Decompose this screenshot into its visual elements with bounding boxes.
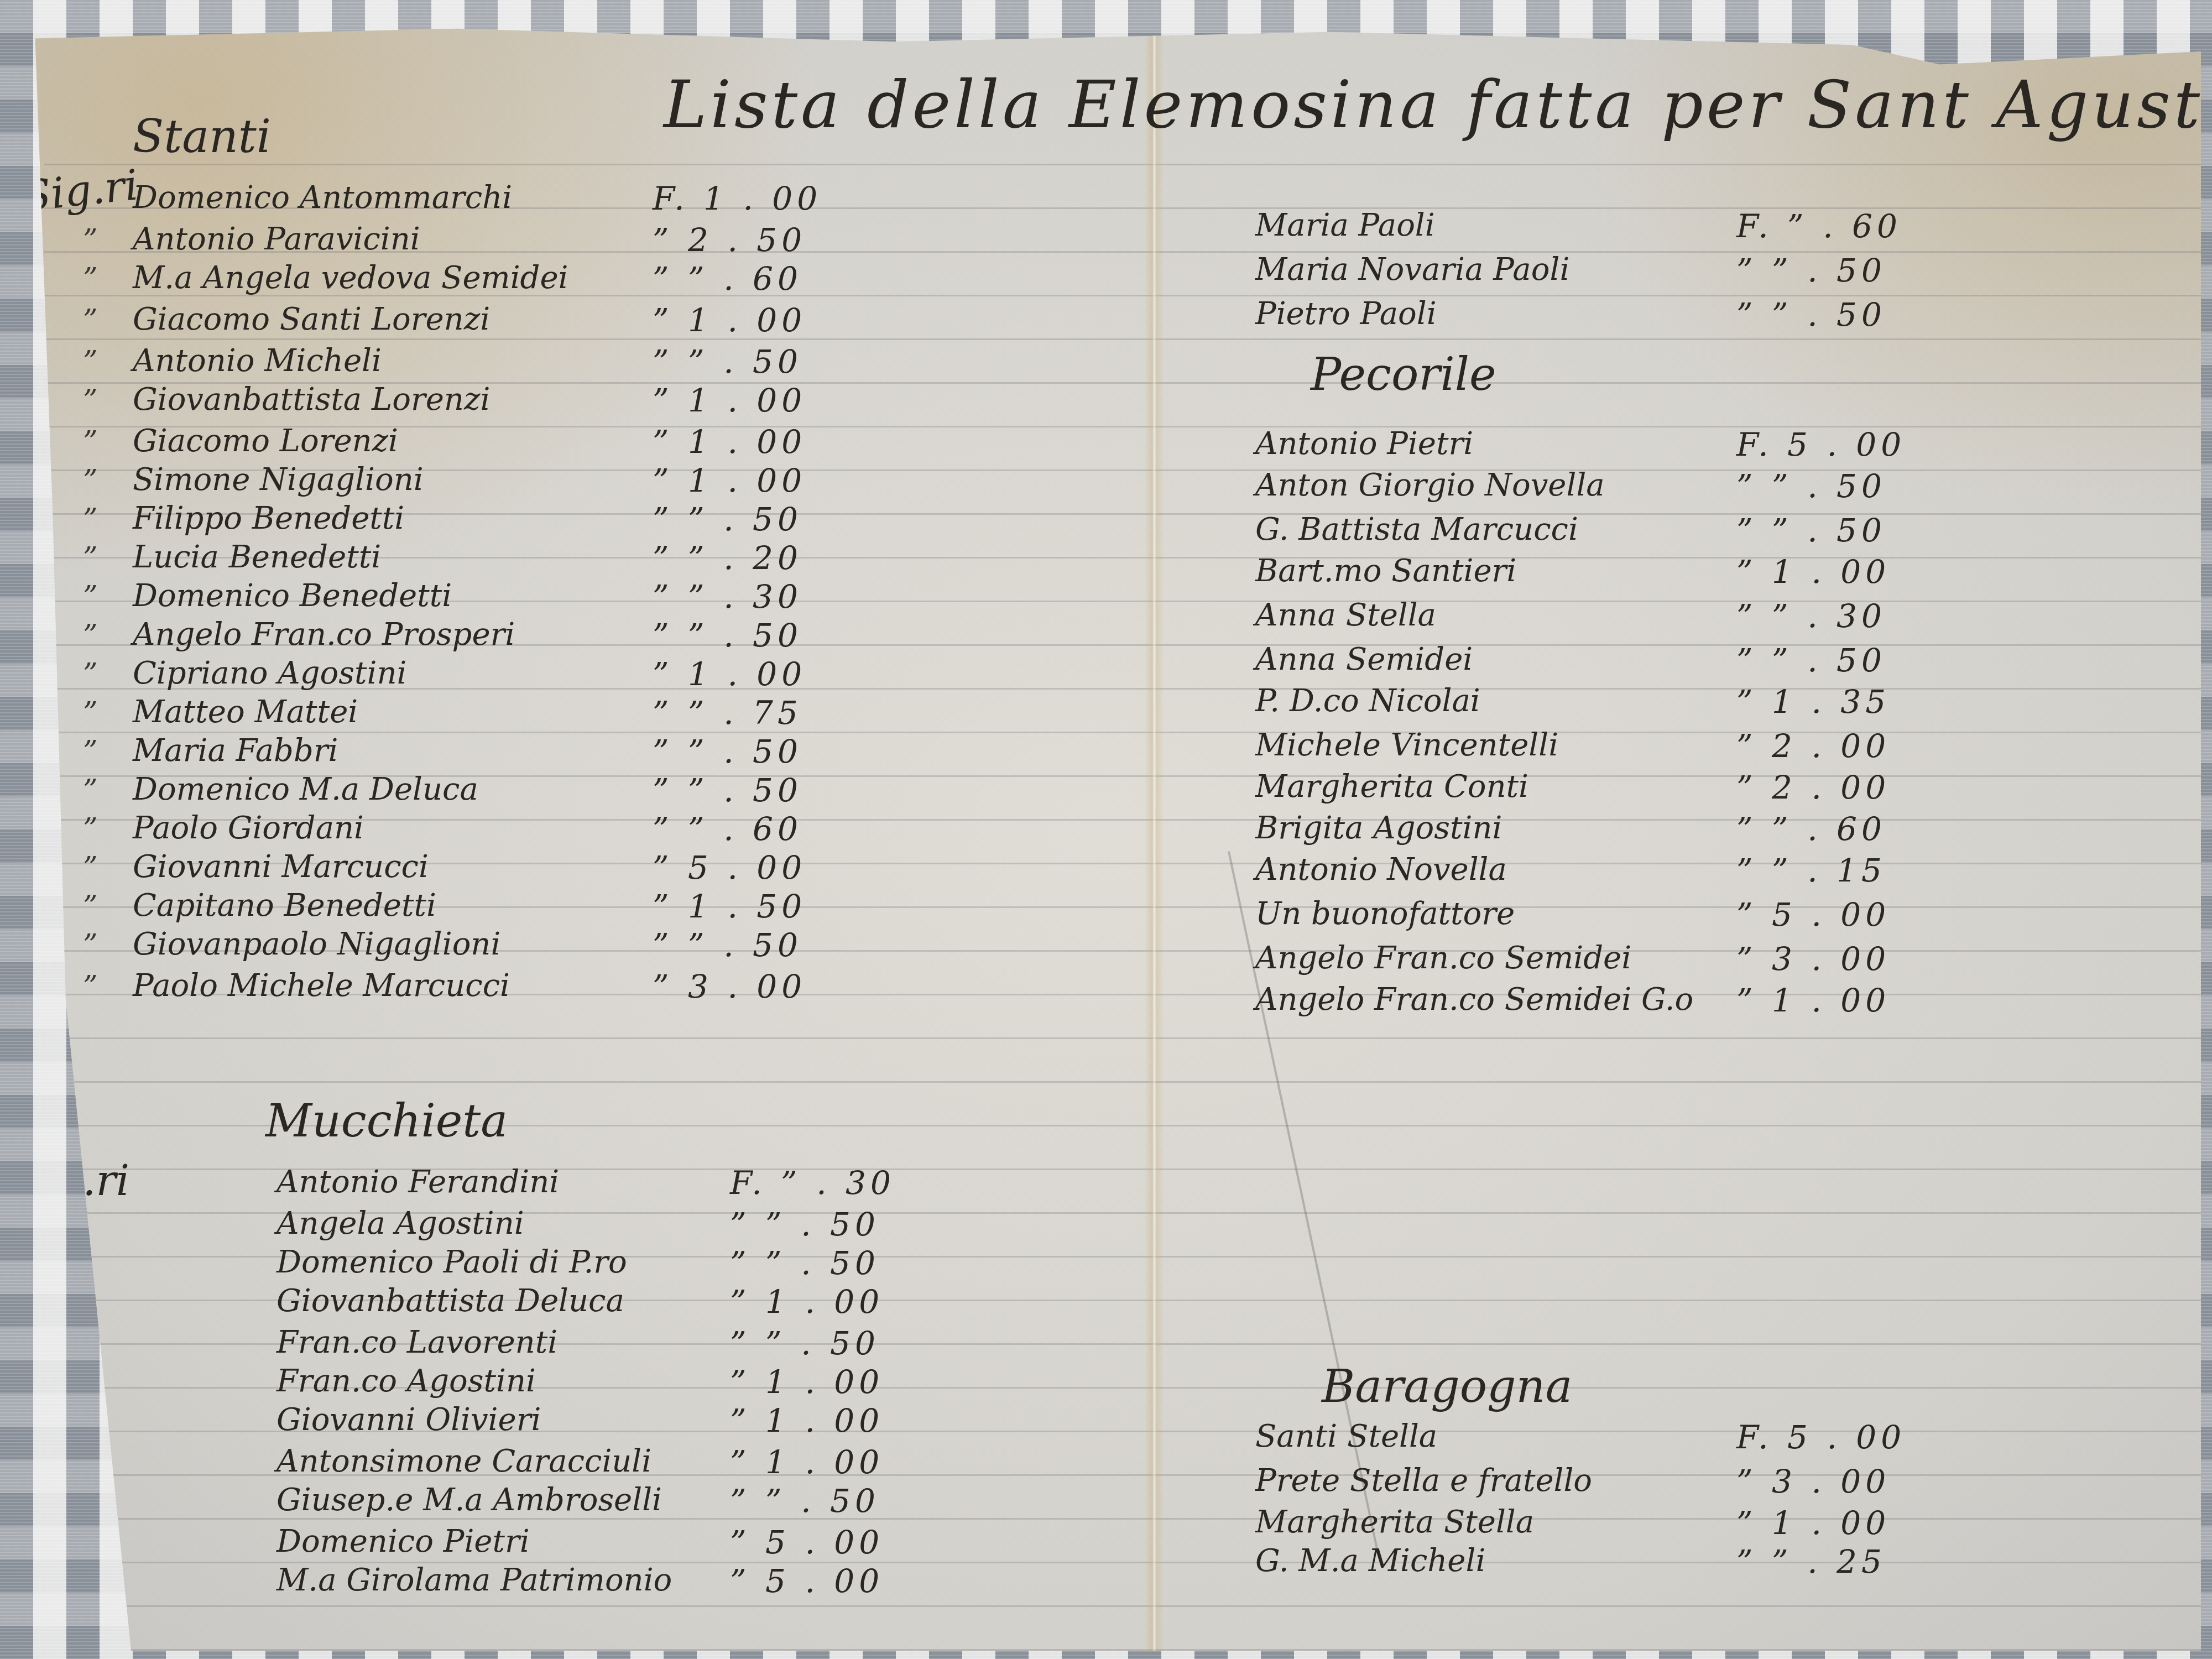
donation-amount: ” ” . 50	[730, 1482, 880, 1520]
donation-amount: ” 2 . 50	[653, 221, 806, 259]
donation-amount: ” 1 . 00	[1736, 982, 1890, 1019]
donation-amount: F. 5 . 00	[1736, 426, 1906, 463]
donor-name: Cipriano Agostini	[133, 655, 653, 691]
ditto-mark: ”	[83, 928, 133, 962]
ditto-mark: ”	[83, 345, 133, 378]
ledger-entry: Margherita Conti” 2 . 00	[1255, 769, 1709, 805]
ledger-entry: ”Maria Fabbri” ” . 50	[83, 733, 653, 769]
donation-amount: ” 1 . 00	[730, 1363, 884, 1401]
ledger-entry: Maria PaoliF. ” . 60	[1255, 207, 1709, 243]
donation-amount: F. ” . 30	[730, 1164, 895, 1202]
ledger-entry: Antonio PietriF. 5 . 00	[1255, 426, 1709, 462]
ditto-mark: ”	[83, 541, 133, 575]
donor-name: Paolo Michele Marcucci	[133, 968, 653, 1004]
donation-amount: ” 1 . 50	[653, 888, 806, 925]
section-heading-pecorile: Pecorile	[1311, 348, 1496, 401]
donor-name: Filippo Benedetti	[133, 500, 653, 536]
donor-name: Anna Semidei	[1255, 641, 1709, 677]
donor-name: Giacomo Santi Lorenzi	[133, 301, 653, 337]
ledger-entry: Giusep.e M.a Ambroselli” ” . 50	[83, 1482, 830, 1518]
ditto-mark: ”	[83, 503, 133, 536]
donor-name: Anton Giorgio Novella	[1255, 467, 1709, 503]
ledger-entry: ”Lucia Benedetti” ” . 20	[83, 539, 653, 575]
donation-amount: ” 2 . 00	[1736, 727, 1890, 765]
ditto-mark: ”	[83, 304, 133, 337]
ledger-entry: Antonsimone Caracciuli” 1 . 00	[83, 1443, 830, 1479]
ditto-mark: ”	[83, 658, 133, 691]
donation-amount: ” ” . 60	[653, 810, 802, 848]
ledger-entry: Brigita Agostini” ” . 60	[1255, 810, 1709, 846]
ditto-mark: ”	[83, 262, 133, 295]
ledger-entry: ”Domenico Benedetti” ” . 30	[83, 578, 653, 614]
ledger-sheet: Lista della Elemosina fatta per Sant Agu…	[22, 22, 2201, 1651]
ledger-entry: Margherita Stella” 1 . 00	[1255, 1504, 1709, 1540]
donor-name: Bart.mo Santieri	[1255, 553, 1709, 589]
ledger-entry: Pietro Paoli” ” . 50	[1255, 296, 1709, 332]
ledger-entry: P. D.co Nicolai” 1 . 35	[1255, 683, 1709, 719]
ledger-entry: Antonio FerandiniF. ” . 30	[83, 1164, 830, 1200]
donation-amount: ” 2 . 00	[1736, 769, 1890, 806]
donation-amount: ” 1 . 00	[653, 423, 806, 461]
donation-amount: ” 1 . 00	[1736, 1504, 1890, 1542]
donor-name: Prete Stella e fratello	[1255, 1463, 1709, 1499]
donation-amount: ” ” . 60	[653, 260, 802, 298]
donor-name: Michele Vincentelli	[1255, 727, 1709, 763]
ledger-entry: ”Capitano Benedetti” 1 . 50	[83, 888, 653, 924]
ledger-entry: Anna Stella” ” . 30	[1255, 597, 1709, 633]
donor-name: Domenico Benedetti	[133, 578, 653, 614]
ledger-entry: ”Paolo Michele Marcucci” 3 . 00	[83, 968, 653, 1004]
donation-amount: ” ” . 50	[730, 1324, 880, 1362]
donation-amount: ” 5 . 00	[1736, 896, 1890, 933]
donor-name: G. Battista Marcucci	[1255, 512, 1709, 547]
donor-name: Giovanni Olivieri	[83, 1402, 830, 1438]
donor-name: Angelo Fran.co Semidei	[1255, 940, 1709, 976]
ledger-entry: ”Antonio Micheli” ” . 50	[83, 343, 653, 379]
ditto-mark: ”	[83, 735, 133, 768]
donor-name: Domenico Paoli di P.ro	[83, 1244, 830, 1280]
donor-name: Domenico Antommarchi	[133, 180, 653, 216]
donation-amount: ” ” . 15	[1736, 852, 1886, 889]
ledger-entry: G. Battista Marcucci” ” . 50	[1255, 512, 1709, 547]
ditto-mark: ”	[83, 464, 133, 497]
ledger-entry: ”Simone Nigaglioni” 1 . 00	[83, 462, 653, 498]
donation-amount: ” ” . 60	[1736, 810, 1886, 848]
donation-amount: ” 1 . 35	[1736, 683, 1890, 721]
donation-amount: ” ” . 50	[653, 500, 802, 538]
ditto-mark: ”	[83, 970, 133, 1003]
section-heading-stanti: Stanti	[133, 111, 271, 163]
donation-amount: ” 3 . 00	[1736, 1463, 1890, 1500]
donor-name: Maria Novaria Paoli	[1255, 252, 1709, 288]
ledger-entry: ”Giacomo Santi Lorenzi” 1 . 00	[83, 301, 653, 337]
ledger-entry: Fran.co Agostini” 1 . 00	[83, 1363, 830, 1399]
donor-name: Giovanbattista Deluca	[83, 1283, 830, 1319]
donor-name: Giusep.e M.a Ambroselli	[83, 1482, 830, 1518]
donation-amount: ” 1 . 00	[653, 462, 806, 499]
ditto-mark: ”	[83, 384, 133, 417]
donor-name: Angelo Fran.co Prosperi	[133, 617, 653, 653]
ledger-entry: Michele Vincentelli” 2 . 00	[1255, 727, 1709, 763]
ledger-entry: Giovanni Olivieri” 1 . 00	[83, 1402, 830, 1438]
donor-name: Fran.co Agostini	[83, 1363, 830, 1399]
ledger-entry: ”Giacomo Lorenzi” 1 . 00	[83, 423, 653, 459]
donation-amount: ” 1 . 00	[1736, 553, 1890, 591]
ditto-mark: ”	[83, 890, 133, 923]
donor-name: Giovanni Marcucci	[133, 849, 653, 885]
donor-name: Un buonofattore	[1255, 896, 1709, 932]
donor-name: Lucia Benedetti	[133, 539, 653, 575]
donation-amount: ” 1 . 00	[730, 1283, 884, 1321]
donation-amount: ” ” . 50	[653, 771, 802, 809]
donation-amount: ” ” . 75	[653, 694, 802, 732]
ledger-entry: Maria Novaria Paoli” ” . 50	[1255, 252, 1709, 288]
donation-amount: F. 1 . 00	[653, 180, 822, 217]
ditto-mark: ”	[83, 696, 133, 729]
donor-name: Paolo Giordani	[133, 810, 653, 846]
ledger-entry: Domenico Pietri” 5 . 00	[83, 1524, 830, 1559]
donor-name: Anna Stella	[1255, 597, 1709, 633]
donation-amount: F. 5 . 00	[1736, 1418, 1906, 1456]
donor-name: Matteo Mattei	[133, 694, 653, 730]
ledger-entry: ”Cipriano Agostini” 1 . 00	[83, 655, 653, 691]
donor-name: Margherita Stella	[1255, 1504, 1709, 1540]
donor-name: Brigita Agostini	[1255, 810, 1709, 846]
ledger-entry: G. M.a Micheli” ” . 25	[1255, 1543, 1709, 1579]
donor-name: Angelo Fran.co Semidei G.o	[1255, 982, 1709, 1018]
donor-name: Maria Fabbri	[133, 733, 653, 769]
donor-name: Margherita Conti	[1255, 769, 1709, 805]
donation-amount: ” ” . 50	[653, 926, 802, 964]
donation-amount: ” 3 . 00	[1736, 940, 1890, 978]
ledger-entry: ”Paolo Giordani” ” . 60	[83, 810, 653, 846]
ledger-entry: Angelo Fran.co Semidei” 3 . 00	[1255, 940, 1709, 976]
donor-name: Pietro Paoli	[1255, 296, 1709, 332]
donation-amount: ” ” . 50	[730, 1244, 880, 1282]
document-title: Lista della Elemosina fatta per Sant Agu…	[664, 66, 2212, 143]
ledger-entry: ”Giovanpaolo Nigaglioni” ” . 50	[83, 926, 653, 962]
donor-name: Antonio Novella	[1255, 852, 1709, 888]
donation-amount: ” 1 . 00	[730, 1402, 884, 1439]
donation-amount: ” ” . 50	[653, 343, 802, 380]
donor-name: P. D.co Nicolai	[1255, 683, 1709, 719]
ledger-entry: ”Giovanni Marcucci” 5 . 00	[83, 849, 653, 885]
donor-name: Giovanpaolo Nigaglioni	[133, 926, 653, 962]
section-heading-baragogna: Baragogna	[1322, 1360, 1572, 1413]
donation-amount: ” 3 . 00	[653, 968, 806, 1005]
donation-amount: ” 5 . 00	[730, 1524, 884, 1561]
ledger-entry: ”Giovanbattista Lorenzi” 1 . 00	[83, 382, 653, 418]
donation-amount: ” ” . 25	[1736, 1543, 1886, 1580]
ledger-entry: Angela Agostini” ” . 50	[83, 1206, 830, 1241]
donation-amount: ” 5 . 00	[653, 849, 806, 886]
ledger-entry: Bart.mo Santieri” 1 . 00	[1255, 553, 1709, 589]
donor-name: M.a Girolama Patrimonio	[83, 1562, 830, 1598]
donation-amount: ” ” . 50	[1736, 252, 1886, 289]
donor-name: Antonio Paravicini	[133, 221, 653, 257]
donation-amount: ” 1 . 00	[653, 301, 806, 339]
donation-amount: ” 1 . 00	[653, 382, 806, 419]
ledger-entry: Prete Stella e fratello” 3 . 00	[1255, 1463, 1709, 1499]
ledger-entry: Angelo Fran.co Semidei G.o” 1 . 00	[1255, 982, 1709, 1018]
ledger-entry: ”Matteo Mattei” ” . 75	[83, 694, 653, 730]
donor-name: Simone Nigaglioni	[133, 462, 653, 498]
donation-amount: ” ” . 50	[1736, 467, 1886, 505]
section-heading-mucchieta: Mucchieta	[265, 1095, 508, 1147]
donor-name: Domenico M.a Deluca	[133, 771, 653, 807]
ledger-entry: ”Antonio Paravicini” 2 . 50	[83, 221, 653, 257]
ledger-entry: Anna Semidei” ” . 50	[1255, 641, 1709, 677]
ditto-mark: ”	[83, 851, 133, 884]
ledger-entry: ”Filippo Benedetti” ” . 50	[83, 500, 653, 536]
ledger-entry: Antonio Novella” ” . 15	[1255, 852, 1709, 888]
ledger-entry: Giovanbattista Deluca” 1 . 00	[83, 1283, 830, 1319]
ditto-mark: ”	[83, 812, 133, 846]
donation-amount: ” ” . 30	[653, 578, 802, 615]
donation-amount: ” ” . 50	[653, 617, 802, 654]
donation-amount: ” ” . 50	[653, 733, 802, 770]
donation-amount: ” 1 . 00	[730, 1443, 884, 1481]
donor-name: Fran.co Lavorenti	[83, 1324, 830, 1360]
donation-amount: ” ” . 50	[1736, 641, 1886, 679]
donation-amount: ” ” . 50	[1736, 512, 1886, 549]
donation-amount: ” ” . 20	[653, 539, 802, 577]
donation-amount: F. ” . 60	[1736, 207, 1902, 245]
ledger-entry: Fran.co Lavorenti” ” . 50	[83, 1324, 830, 1360]
donation-amount: ” ” . 30	[1736, 597, 1886, 635]
donation-amount: ” 1 . 00	[653, 655, 806, 693]
ledger-entry: ”Domenico M.a Deluca” ” . 50	[83, 771, 653, 807]
donor-name: Domenico Pietri	[83, 1524, 830, 1559]
ditto-mark: ”	[83, 774, 133, 807]
ditto-mark: ”	[83, 619, 133, 652]
donor-name: Giacomo Lorenzi	[133, 423, 653, 459]
ledger-entry: Santi StellaF. 5 . 00	[1255, 1418, 1709, 1454]
donation-amount: ” ” . 50	[730, 1206, 880, 1243]
ledger-entry: ”Angelo Fran.co Prosperi” ” . 50	[83, 617, 653, 653]
ledger-entry: ”M.a Angela vedova Semidei” ” . 60	[83, 260, 653, 296]
donor-name: Antonio Pietri	[1255, 426, 1709, 462]
ledger-entry: Domenico Paoli di P.ro” ” . 50	[83, 1244, 830, 1280]
ledger-entry: Anton Giorgio Novella” ” . 50	[1255, 467, 1709, 503]
donor-name: Maria Paoli	[1255, 207, 1709, 243]
center-fold	[1145, 22, 1164, 1651]
donor-name: Angela Agostini	[83, 1206, 830, 1241]
donor-name: Giovanbattista Lorenzi	[133, 382, 653, 418]
ditto-mark: ”	[83, 223, 133, 257]
ledger-entry: Domenico AntommarchiF. 1 . 00	[83, 180, 653, 216]
donor-name: M.a Angela vedova Semidei	[133, 260, 653, 296]
donor-name: Antonio Micheli	[133, 343, 653, 379]
donor-name: Antonsimone Caracciuli	[83, 1443, 830, 1479]
donor-name: Capitano Benedetti	[133, 888, 653, 924]
ditto-mark: ”	[83, 425, 133, 458]
ditto-mark: ”	[83, 580, 133, 613]
ledger-entry: M.a Girolama Patrimonio” 5 . 00	[83, 1562, 830, 1598]
donor-name: Santi Stella	[1255, 1418, 1709, 1454]
donation-amount: ” 5 . 00	[730, 1562, 884, 1600]
donor-name: G. M.a Micheli	[1255, 1543, 1709, 1579]
ledger-entry: Un buonofattore” 5 . 00	[1255, 896, 1709, 932]
donor-name: Antonio Ferandini	[83, 1164, 830, 1200]
donation-amount: ” ” . 50	[1736, 296, 1886, 333]
